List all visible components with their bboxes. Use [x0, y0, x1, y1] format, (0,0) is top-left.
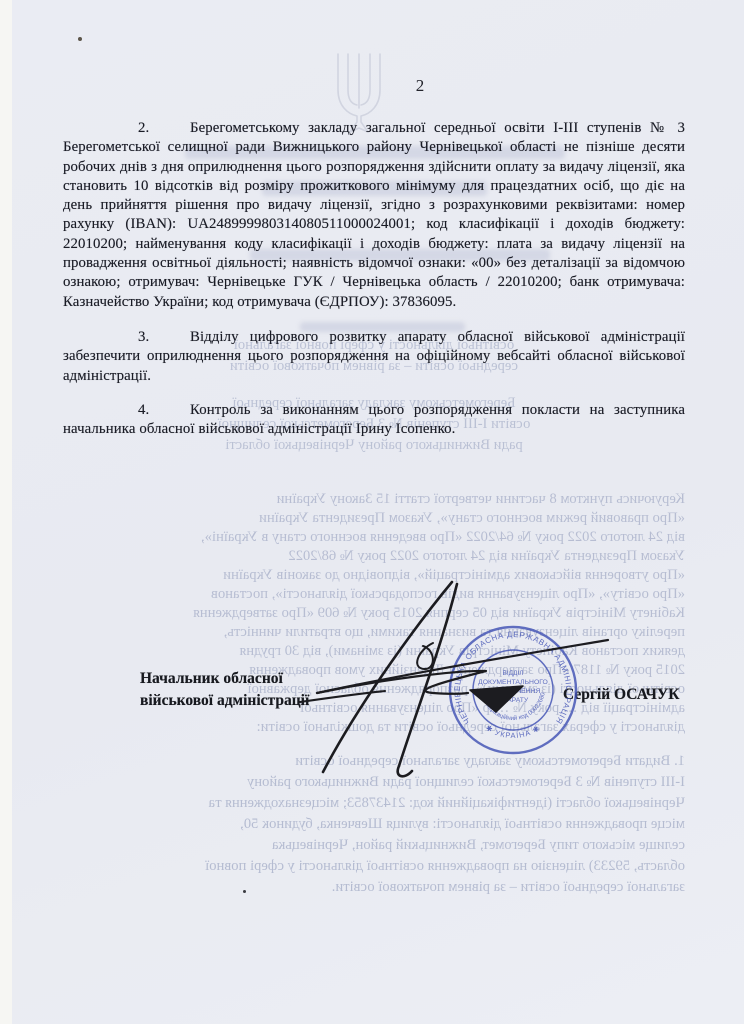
bleed-line: переліку органів ліцензування та визнанн…	[63, 623, 685, 642]
paragraph-2-number: 2.	[138, 119, 190, 138]
paragraph-4-number: 4.	[138, 401, 190, 420]
stamp-country-text: ✱ УКРАЇНА ✱	[484, 723, 542, 740]
paragraph-2-text: Берегометському закладу загальної середн…	[63, 120, 685, 310]
stamp-center-line4: АПАРАТУ	[498, 697, 529, 704]
bleed-line: «Про правовий режим воєнного стану», Ука…	[63, 509, 685, 528]
official-stamp: ЧЕРНІВЕЦЬКА ОБЛАСНА ДЕРЖАВНА АДМІНІСТРАЦ…	[450, 627, 576, 753]
bleed-line: область, 59233) ліцензію на провадження …	[63, 856, 685, 877]
bleed-line: деяких постанов Кабінету Міністрів Украї…	[63, 642, 685, 661]
stamp-center-line1: ВІДДІЛ	[502, 670, 523, 677]
stamp-center-line3: ЗАБЕЗПЕЧЕННЯ	[486, 688, 541, 695]
svg-text:ідентифікаційний код 00022680: ідентифікаційний код 00022680	[479, 691, 546, 722]
bleed-line: Керуючись пунктом 8 частини четвертої ст…	[63, 490, 685, 509]
svg-text:✱ УКРАЇНА ✱: ✱ УКРАЇНА ✱	[484, 723, 542, 740]
paragraph-3-number: 3.	[138, 328, 190, 347]
bleed-line: загальної середньої освіти – за рівнем п…	[63, 877, 685, 898]
document-body: 2.Берегометському закладу загальної сере…	[63, 119, 685, 439]
scan-edge-strip	[0, 0, 12, 1024]
page-number: 2	[402, 76, 438, 96]
bleed-line: 1. Видати Берегометському закладу загаль…	[63, 751, 685, 772]
bleedthrough-item1: 1. Видати Берегометському закладу загаль…	[63, 751, 685, 898]
bleed-line: місце провадження освітньої діяльності: …	[63, 814, 685, 835]
stamp-ring-text: ЧЕРНІВЕЦЬКА ОБЛАСНА ДЕРЖАВНА АДМІНІСТРАЦ…	[453, 630, 573, 726]
signer-name: Сергій ОСАЧУК	[563, 686, 680, 704]
bleed-line: від 24 лютого 2022 року № 64/2022 «Про в…	[63, 528, 685, 547]
stamp-center-line2: ДОКУМЕНТАЛЬНОГО	[478, 679, 548, 686]
scan-artifact-dot	[78, 37, 82, 41]
svg-text:ЧЕРНІВЕЦЬКА ОБЛАСНА ДЕРЖАВНА А: ЧЕРНІВЕЦЬКА ОБЛАСНА ДЕРЖАВНА АДМІНІСТРАЦ…	[453, 630, 573, 726]
paragraph-4: 4.Контроль за виконанням цього розпорядж…	[63, 401, 685, 440]
paragraph-2: 2.Берегометському закладу загальної сере…	[63, 119, 685, 312]
signer-position-line2: військової адміністрації	[140, 690, 309, 712]
paragraph-3: 3.Відділу цифрового розвитку апарату обл…	[63, 328, 685, 386]
bleed-line: Указом Президента України від 24 лютого …	[63, 547, 685, 566]
scanned-document-page: 2 освітньої діяльності у сфері повної за…	[0, 0, 744, 1024]
bleed-line: діяльності у сферах загальної середньої …	[63, 718, 685, 737]
signer-position-line1: Начальник обласної	[140, 668, 309, 690]
bleed-line: І-ІІІ ступенів № 3 Берегометської селищн…	[63, 772, 685, 793]
scan-artifact-dot	[243, 890, 246, 893]
bleed-line: Кабінету Міністрів України від 05 серпня…	[63, 604, 685, 623]
bleed-line: «Про утворення військових адміністрацій»…	[63, 566, 685, 585]
bleed-line: «Про освіту», «Про ліцензування видів го…	[63, 585, 685, 604]
signature-ink	[300, 582, 608, 776]
bleed-line: Чернівецької області (ідентифікаційний к…	[63, 793, 685, 814]
signer-position: Начальник обласної військової адміністра…	[140, 668, 309, 712]
signature-and-stamp: ЧЕРНІВЕЦЬКА ОБЛАСНА ДЕРЖАВНА АДМІНІСТРАЦ…	[290, 560, 630, 795]
bleed-line: селище міського типу Берегомет, Вижницьк…	[63, 835, 685, 856]
stamp-code-text: ідентифікаційний код 00022680	[479, 691, 546, 722]
